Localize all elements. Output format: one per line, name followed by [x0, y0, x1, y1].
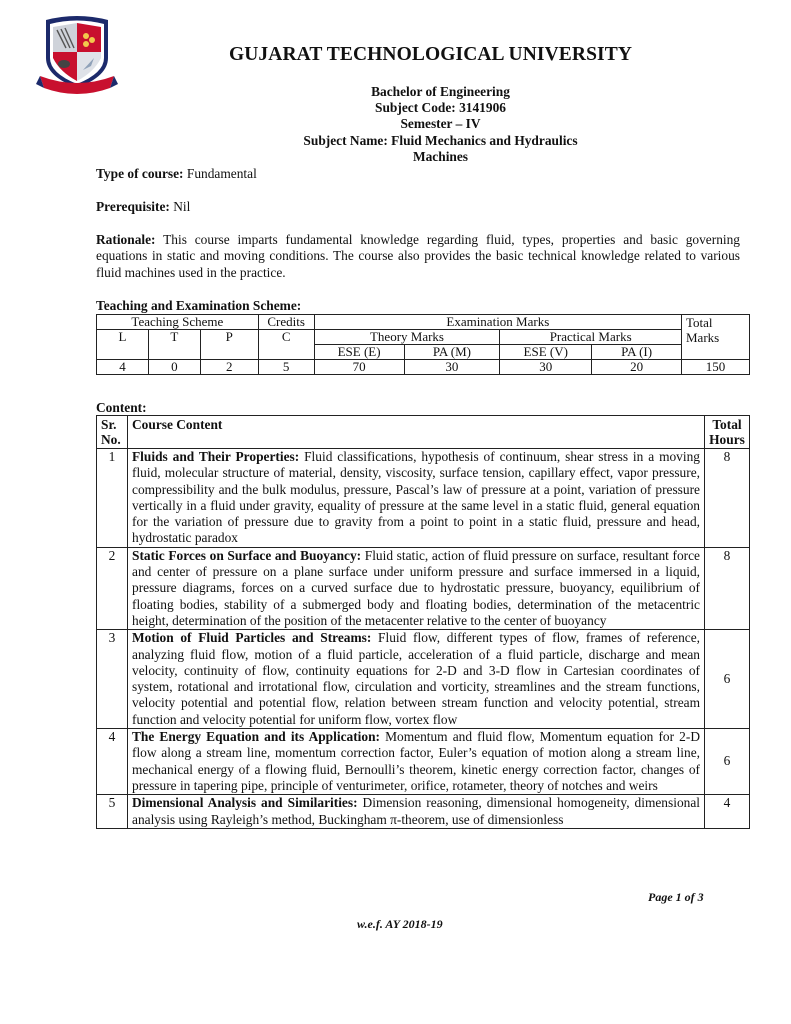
- type-of-course-value: Fundamental: [187, 166, 257, 181]
- value-L: 4: [97, 360, 149, 375]
- content-row: 5Dimensional Analysis and Similarities: …: [97, 795, 750, 829]
- content-row: 1Fluids and Their Properties: Fluid clas…: [97, 449, 750, 548]
- sr-no-header: Sr.No.: [97, 416, 128, 449]
- value-pa-m: 30: [404, 360, 500, 375]
- pa-m-header: PA (M): [404, 345, 500, 360]
- prerequisite: Prerequisite: Nil: [96, 199, 740, 215]
- value-ese-e: 70: [314, 360, 404, 375]
- sr-no: 5: [97, 795, 128, 829]
- value-P: 2: [200, 360, 258, 375]
- theory-marks-header: Theory Marks: [314, 330, 500, 345]
- page-number: Page 1 of 3: [648, 890, 704, 905]
- value-C: 5: [258, 360, 314, 375]
- type-of-course-label: Type of course:: [96, 166, 184, 181]
- prerequisite-value: Nil: [173, 199, 190, 214]
- topic-hours: 8: [705, 449, 750, 548]
- course-content-header: Course Content: [128, 416, 705, 449]
- ese-e-header: ESE (E): [314, 345, 404, 360]
- value-ese-v: 30: [500, 360, 592, 375]
- value-total: 150: [682, 360, 750, 375]
- total-hours-header: TotalHours: [705, 416, 750, 449]
- topic-description: The Energy Equation and its Application:…: [128, 729, 705, 795]
- rationale-label: Rationale:: [96, 232, 156, 247]
- col-P: P: [200, 330, 258, 360]
- credits-header: Credits: [258, 315, 314, 330]
- prerequisite-label: Prerequisite:: [96, 199, 170, 214]
- course-header: Bachelor of Engineering Subject Code: 31…: [0, 84, 791, 165]
- content-title: Content:: [96, 400, 147, 416]
- topic-title: Fluids and Their Properties:: [132, 449, 299, 464]
- scheme-title: Teaching and Examination Scheme:: [96, 298, 301, 314]
- rationale: Rationale: This course imparts fundament…: [96, 232, 740, 281]
- topic-hours: 8: [705, 547, 750, 629]
- semester: Semester – IV: [90, 116, 791, 132]
- col-C: C: [258, 330, 314, 360]
- teaching-scheme-header: Teaching Scheme: [97, 315, 259, 330]
- topic-description: Static Forces on Surface and Buoyancy: F…: [128, 547, 705, 629]
- rationale-text: This course imparts fundamental knowledg…: [96, 232, 740, 280]
- effective-year: w.e.f. AY 2018-19: [357, 917, 443, 932]
- course-content-table: Sr.No. Course Content TotalHours 1Fluids…: [96, 415, 750, 829]
- sr-no: 1: [97, 449, 128, 548]
- exam-marks-header: Examination Marks: [314, 315, 681, 330]
- teaching-exam-scheme-table: Teaching Scheme Credits Examination Mark…: [96, 314, 750, 375]
- topic-hours: 4: [705, 795, 750, 829]
- sr-no: 2: [97, 547, 128, 629]
- subject-name: Subject Name: Fluid Mechanics and Hydrau…: [90, 133, 791, 149]
- topic-description: Dimensional Analysis and Similarities: D…: [128, 795, 705, 829]
- topic-hours: 6: [705, 729, 750, 795]
- content-row: 3Motion of Fluid Particles and Streams: …: [97, 630, 750, 729]
- university-name: GUJARAT TECHNOLOGICAL UNIVERSITY: [0, 44, 791, 66]
- topic-title: Static Forces on Surface and Buoyancy:: [132, 548, 361, 563]
- subject-code: Subject Code: 3141906: [90, 100, 791, 116]
- col-L: L: [97, 330, 149, 360]
- total-marks-header: TotalMarks: [682, 315, 750, 360]
- pa-i-header: PA (I): [592, 345, 682, 360]
- value-pa-i: 20: [592, 360, 682, 375]
- topic-title: Dimensional Analysis and Similarities:: [132, 795, 358, 810]
- subject-name-cont: Machines: [90, 149, 791, 165]
- ese-v-header: ESE (V): [500, 345, 592, 360]
- topic-hours: 6: [705, 630, 750, 729]
- type-of-course: Type of course: Fundamental: [96, 166, 740, 182]
- topic-title: The Energy Equation and its Application:: [132, 729, 380, 744]
- topic-description: Fluids and Their Properties: Fluid class…: [128, 449, 705, 548]
- topic-description: Motion of Fluid Particles and Streams: F…: [128, 630, 705, 729]
- col-T: T: [148, 330, 200, 360]
- topic-title: Motion of Fluid Particles and Streams:: [132, 630, 371, 645]
- sr-no: 4: [97, 729, 128, 795]
- scheme-values-row: 4 0 2 5 70 30 30 20 150: [97, 360, 750, 375]
- degree: Bachelor of Engineering: [90, 84, 791, 100]
- practical-marks-header: Practical Marks: [500, 330, 682, 345]
- content-row: 2Static Forces on Surface and Buoyancy: …: [97, 547, 750, 629]
- sr-no: 3: [97, 630, 128, 729]
- content-row: 4The Energy Equation and its Application…: [97, 729, 750, 795]
- value-T: 0: [148, 360, 200, 375]
